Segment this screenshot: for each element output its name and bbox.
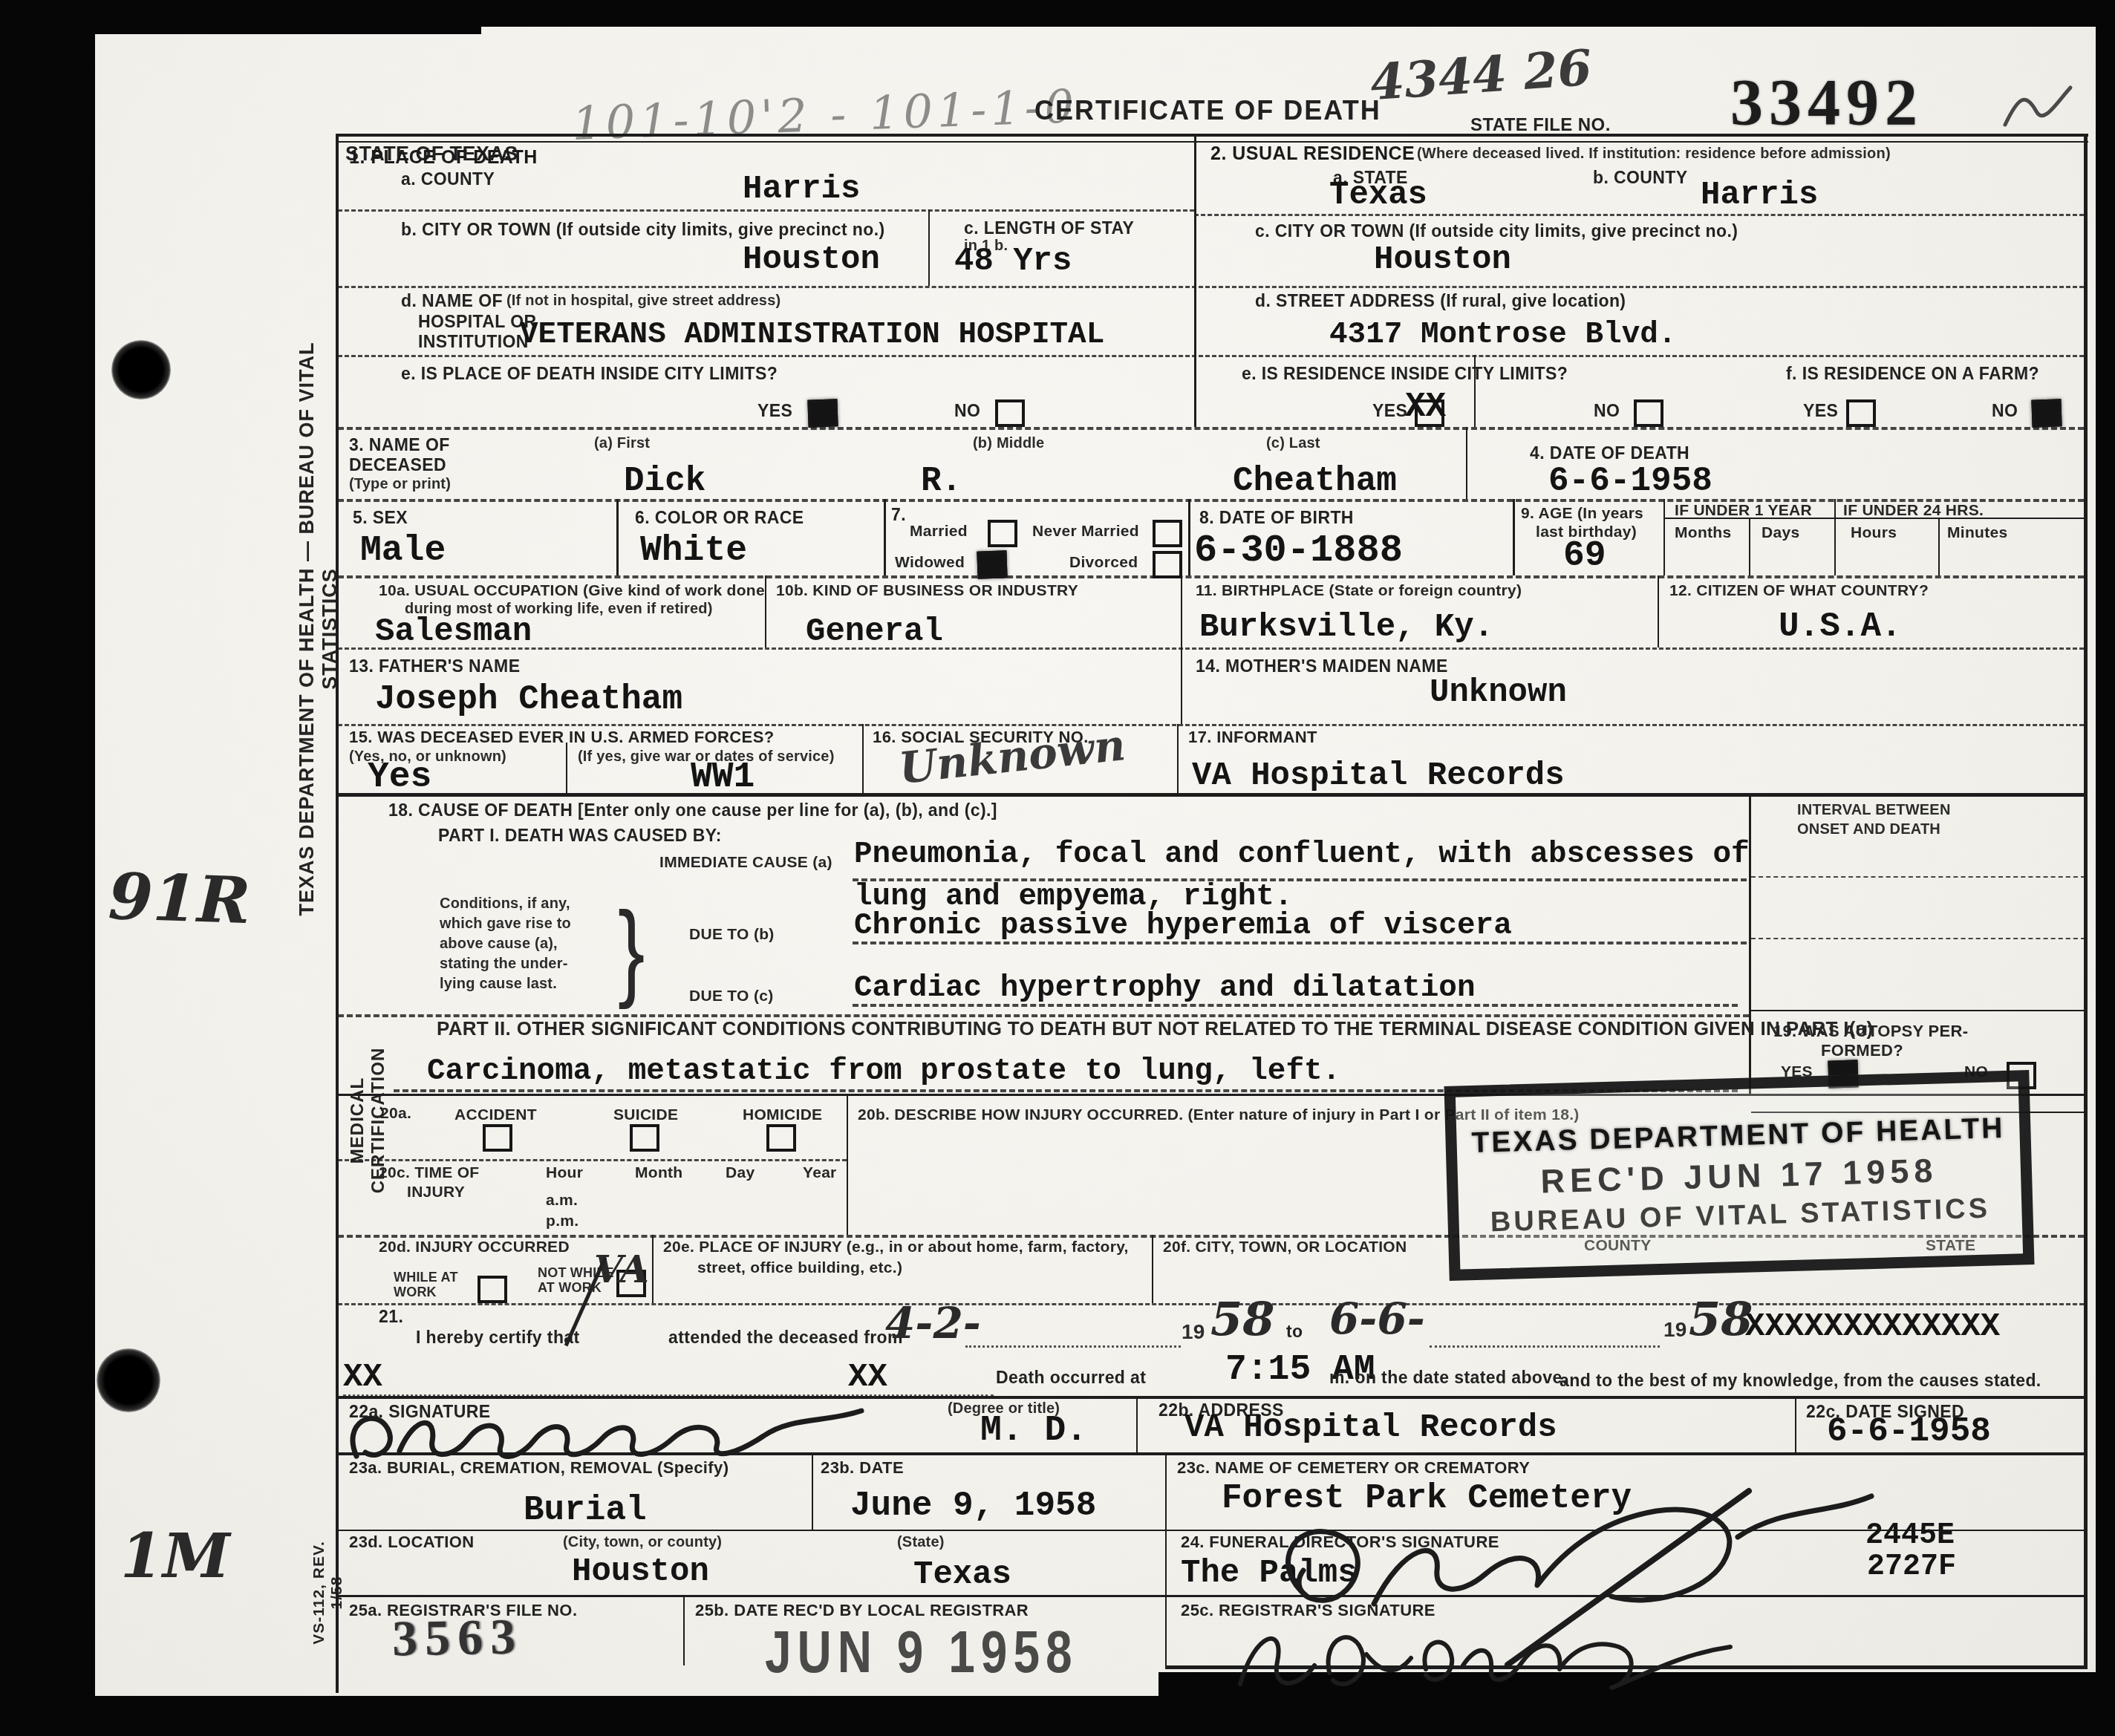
line [336,134,339,1693]
date-of-birth-label: 8. DATE OF BIRTH [1199,508,1354,528]
margin-note-1m: 1M [120,1521,230,1592]
sex-value: Male [360,531,446,571]
on-date-text: m. on the date stated above, [1329,1368,1568,1388]
name-of-deceased-label2: DECEASED [349,455,446,475]
line [566,743,567,793]
year-label: Year [803,1164,837,1182]
first-name-value: Dick [624,462,705,500]
informant-label: 17. INFORMANT [1188,728,1317,747]
line [338,1396,2084,1399]
pen-checkmark [1998,80,2079,140]
conditions-note-line: above cause (a), [440,936,558,953]
line [338,427,2084,430]
length-of-stay-label: c. LENGTH OF STAY [964,218,1134,238]
checkbox-residence-farm-yes [1846,399,1876,427]
injury-occurred-label: 20d. INJURY OCCURRED [379,1239,570,1256]
hospital-name-paren: (If not in hospital, give street address… [506,293,781,310]
brace-glyph: } [618,888,645,1012]
hospital-name-value: VETERANS ADMINISTRATION HOSPITAL [520,318,1104,352]
line [338,499,2084,502]
interval-label-line1: INTERVAL BETWEEN [1797,802,1951,819]
certificate-title: CERTIFICATE OF DEATH [1034,95,1381,126]
hours-label: Hours [1851,524,1897,542]
line [338,724,2084,726]
residence-city-limits-yes-mark: XX [1405,388,1446,426]
line [2084,134,2088,1669]
xx-mark: XX [343,1359,382,1396]
checkbox-death-city-limits-no [995,399,1025,427]
cause-a-value-line1: Pneumonia, focal and confluent, with abs… [854,838,1750,872]
checkbox-accident [483,1124,512,1152]
months-label: Months [1675,524,1731,542]
place-of-injury-label2: street, office building, etc.) [697,1259,902,1277]
line [884,499,886,575]
checkbox-residence-city-limits-no [1634,399,1663,427]
time-of-injury-label2: INJURY [407,1184,465,1201]
received-stamp-line2: REC'D JUN 17 1958 [1540,1151,1938,1201]
no-label: NO [1594,401,1620,421]
part1-label: PART I. DEATH WAS CAUSED BY: [438,826,722,846]
autopsy-label-line2: FORMED? [1821,1041,1903,1060]
registrar-file-no-stamp: 3563 [391,1607,523,1668]
scan-border-top-left [0,0,481,34]
race-value: White [640,531,747,571]
date-of-death-value: 6-6-1958 [1548,462,1712,500]
line [1188,499,1190,575]
handwritten-va-note: VA [594,1247,649,1291]
line [1751,938,2085,939]
physician-signature [342,1400,884,1471]
minutes-label: Minutes [1947,524,2007,542]
marital-status-label: 7. [891,505,906,525]
line [338,209,1194,212]
checkbox-suicide [630,1124,659,1152]
registrar-signature [1225,1602,1745,1714]
attended-text: attended the deceased from [668,1328,903,1348]
s20a-label: 20a. [380,1105,411,1123]
accident-label: ACCIDENT [454,1106,537,1124]
city-value: Houston [743,241,880,278]
days-label: Days [1762,524,1799,542]
last-name-label: (c) Last [1266,435,1320,452]
autopsy-label-line1: 19. WAS AUTOPSY PER- [1773,1022,1968,1041]
street-address-value: 4317 Montrose Blvd. [1329,318,1676,352]
residence-farm-label: f. IS RESIDENCE ON A FARM? [1786,364,2039,384]
xx-mark: XX [848,1359,887,1396]
due-to-c-label: DUE TO (c) [689,988,773,1005]
line [338,647,2084,650]
father-name-value: Joseph Cheatham [375,680,682,719]
date-recd-stamp: JUN 9 1958 [765,1617,1078,1686]
line [1165,1455,1167,1665]
checkbox-residence-farm-no-checked [2031,399,2062,427]
line [1194,214,2084,216]
part2-label: PART II. OTHER SIGNIFICANT CONDITIONS CO… [437,1017,1874,1040]
line [1751,876,2085,878]
line [1658,575,1659,647]
checkbox-married [988,520,1017,547]
line [683,1597,685,1665]
line [1136,1399,1138,1452]
knowledge-text: and to the best of my knowledge, from th… [1560,1371,2041,1391]
due-to-b-label: DUE TO (b) [689,926,775,944]
married-label: Married [910,523,968,541]
time-of-injury-label1: 20c. TIME OF [379,1164,479,1182]
line [1834,499,1836,575]
city-label: b. CITY OR TOWN (If outside city limits,… [401,220,884,240]
place-of-injury-label1: 20e. PLACE OF INJURY (e.g., in or about … [663,1239,1129,1256]
death-city-limits-label: e. IS PLACE OF DEATH INSIDE CITY LIMITS? [401,364,778,384]
line [1513,499,1515,575]
margin-note-91r: 91R [107,859,252,939]
line [928,209,930,286]
name-of-deceased-label1: 3. NAME OF [349,435,450,455]
age-label1: 9. AGE (In years [1521,505,1643,523]
yes-label: YES [1372,401,1407,421]
mother-maiden-name-label: 14. MOTHER'S MAIDEN NAME [1196,656,1448,676]
line [847,1094,848,1235]
day-label: Day [726,1164,755,1182]
immediate-cause-label: IMMEDIATE CAUSE (a) [659,854,832,872]
line [965,1345,1181,1348]
line [1430,1345,1660,1348]
hour-label: Hour [546,1164,583,1182]
state-file-no-label: STATE FILE NO. [1470,115,1611,136]
line [1663,499,1665,575]
vertical-dept-label: TEXAS DEPARTMENT OF HEALTH — BUREAU OF V… [296,325,342,933]
conditions-note-line: lying cause last. [440,976,557,993]
widowed-label: Widowed [895,554,965,572]
line [1795,1399,1796,1452]
month-label: Month [635,1164,682,1182]
received-stamp: TEXAS DEPARTMENT OF HEALTH REC'D JUN 17 … [1444,1070,2034,1281]
while-at-work-label1: WHILE AT [394,1270,458,1285]
birthplace-value: Burksville, Ky. [1199,609,1493,646]
age-value: 69 [1563,536,1606,576]
year-19-preprint: 19 [1663,1318,1687,1342]
scan-border-left [0,0,95,1736]
if-under-24-hrs-label: IF UNDER 24 HRS. [1843,502,1984,520]
line [1938,518,1940,575]
cemetery-label: 23c. NAME OF CEMETERY OR CREMATORY [1177,1458,1530,1478]
year-19-preprint: 19 [1182,1320,1205,1344]
checkbox-never-married [1153,520,1182,547]
line [1749,518,1750,575]
scan-border-bottom [0,1696,2115,1736]
residence-state-value: Texas [1329,177,1427,214]
armed-forces-war-value: WW1 [691,757,755,797]
yes-label: YES [757,401,792,421]
line [1751,1010,2085,1011]
burial-date-value: June 9, 1958 [850,1487,1096,1525]
date-of-death-label: 4. DATE OF DEATH [1530,443,1689,463]
street-address-label: d. STREET ADDRESS (If rural, give locati… [1255,291,1626,311]
middle-name-label: (b) Middle [973,435,1044,452]
residence-county-label: b. COUNTY [1593,168,1688,188]
burial-state-value: Texas [913,1556,1011,1593]
section1-title: 1. PLACE OF DEATH [349,147,538,169]
burial-location-paren2: (State) [897,1534,945,1551]
suicide-label: SUICIDE [613,1106,678,1124]
s21-label: 21. [379,1307,403,1327]
no-label: NO [1992,401,2018,421]
to-label: to [1286,1322,1303,1342]
occupation-label1: 10a. USUAL OCCUPATION (Give kind of work… [379,582,765,600]
line [338,575,2084,578]
county-label: a. COUNTY [401,169,495,189]
physician-address-value: VA Hospital Records [1184,1409,1557,1446]
conditions-note-line: which gave rise to [440,916,571,933]
mother-maiden-name-value: Unknown [1430,674,1567,711]
injury-city-label: 20f. CITY, TOWN, OR LOCATION [1163,1239,1407,1256]
scan-border-right [2096,0,2115,1736]
burial-location-paren1: (City, town, or county) [563,1534,722,1551]
line [652,1235,654,1303]
cause-of-death-label: 18. CAUSE OF DEATH [Enter only one cause… [388,800,997,820]
citizen-label: 12. CITIZEN OF WHAT COUNTRY? [1669,582,1929,600]
never-married-label: Never Married [1032,523,1139,541]
date-signed-value: 6-6-1958 [1827,1412,1991,1451]
informant-value: VA Hospital Records [1192,757,1565,794]
residence-city-label: c. CITY OR TOWN (If outside city limits,… [1255,221,1738,241]
occupation-value: Salesman [375,613,532,650]
death-occurred-text: Death occurred at [996,1368,1146,1388]
armed-forces-value: Yes [368,757,431,797]
certify-text: I hereby certify that [416,1328,580,1348]
line [862,724,864,793]
burial-value: Burial [524,1491,647,1530]
if-under-1-year-label: IF UNDER 1 YEAR [1675,502,1812,520]
line [1152,1235,1153,1303]
line [338,1159,847,1161]
name-of-deceased-label3: (Type or print) [349,476,451,493]
burial-city-value: Houston [572,1553,709,1590]
middle-name-value: R. [921,462,962,500]
homicide-label: HOMICIDE [743,1106,822,1124]
hospital-name-label: d. NAME OF [401,291,503,311]
citizen-value: U.S.A. [1779,607,1902,646]
line [1177,724,1179,793]
interval-label-line2: ONSET AND DEATH [1797,821,1940,838]
sex-label: 5. SEX [353,508,408,528]
residence-county-value: Harris [1701,177,1818,214]
pm-label: p.m. [546,1213,579,1230]
hospital-name-label2: HOSPITAL OR [418,312,536,332]
divorced-label: Divorced [1069,554,1138,572]
scan-border-top-right [481,0,2115,27]
while-at-work-label2: WORK [394,1285,437,1300]
industry-value: General [806,613,943,650]
county-value: Harris [743,171,860,208]
line [338,134,2088,137]
punch-hole [111,340,171,399]
year-58-handwritten: 58 [1689,1292,1753,1346]
residence-city-value: Houston [1374,241,1511,278]
checkbox-homicide [766,1124,796,1152]
checkbox-death-city-limits-yes-checked [807,399,838,427]
attended-from-value: 4-2- [885,1298,981,1348]
part2-value: Carcinoma, metastatic from prostate to l… [427,1054,1340,1089]
checkbox-widowed-checked [977,550,1007,578]
strike-xs: XXXXXXXXXXXXX [1745,1308,2000,1345]
date-of-birth-value: 6-30-1888 [1194,529,1403,572]
length-of-stay-value: 48 Yrs [954,243,1072,280]
line [1181,575,1182,724]
last-name-value: Cheatham [1233,462,1397,500]
line [1194,136,1196,427]
cause-b-value: Chronic passive hyperemia of viscera [854,909,1512,943]
state-file-number-stamp: 33492 [1730,65,1923,140]
conditions-note-line: stating the under- [440,956,568,973]
cause-c-value: Cardiac hypertrophy and dilatation [854,971,1476,1005]
line [765,575,766,647]
armed-forces-label: 15. WAS DECEASED EVER IN U.S. ARMED FORC… [349,728,775,747]
residence-city-limits-label: e. IS RESIDENCE INSIDE CITY LIMITS? [1242,364,1568,384]
punch-hole [97,1348,160,1412]
line [338,141,2088,143]
line [338,286,2084,288]
father-name-label: 13. FATHER'S NAME [349,656,520,676]
form-code: VS-112, REV. 1/58 [310,1522,346,1663]
checkbox-while-at-work [478,1276,507,1303]
checkbox-divorced [1153,551,1182,578]
death-certificate-scan: 91R 1M TEXAS DEPARTMENT OF HEALTH — BURE… [0,0,2115,1736]
no-label: NO [954,401,980,421]
yes-label: YES [1803,401,1838,421]
first-name-label: (a) First [594,435,650,452]
burial-location-label: 23d. LOCATION [349,1533,475,1552]
hospital-name-label3: INSTITUTION [418,332,529,352]
birthplace-label: 11. BIRTHPLACE (State or foreign country… [1196,582,1522,600]
line [338,355,2084,357]
attended-to-value: 6-6- [1329,1293,1425,1344]
line [616,499,619,575]
year-58-handwritten: 58 [1210,1292,1274,1346]
race-label: 6. COLOR OR RACE [635,508,804,528]
section2-title-paren: (Where deceased lived. If institution: r… [1417,146,1891,163]
conditions-note-line: Conditions, if any, [440,895,570,913]
section2-title: 2. USUAL RESIDENCE [1210,143,1415,165]
industry-label: 10b. KIND OF BUSINESS OR INDUSTRY [776,582,1078,600]
line [1466,427,1467,499]
am-label: a.m. [546,1192,578,1210]
degree-value: M. D. [980,1411,1087,1451]
